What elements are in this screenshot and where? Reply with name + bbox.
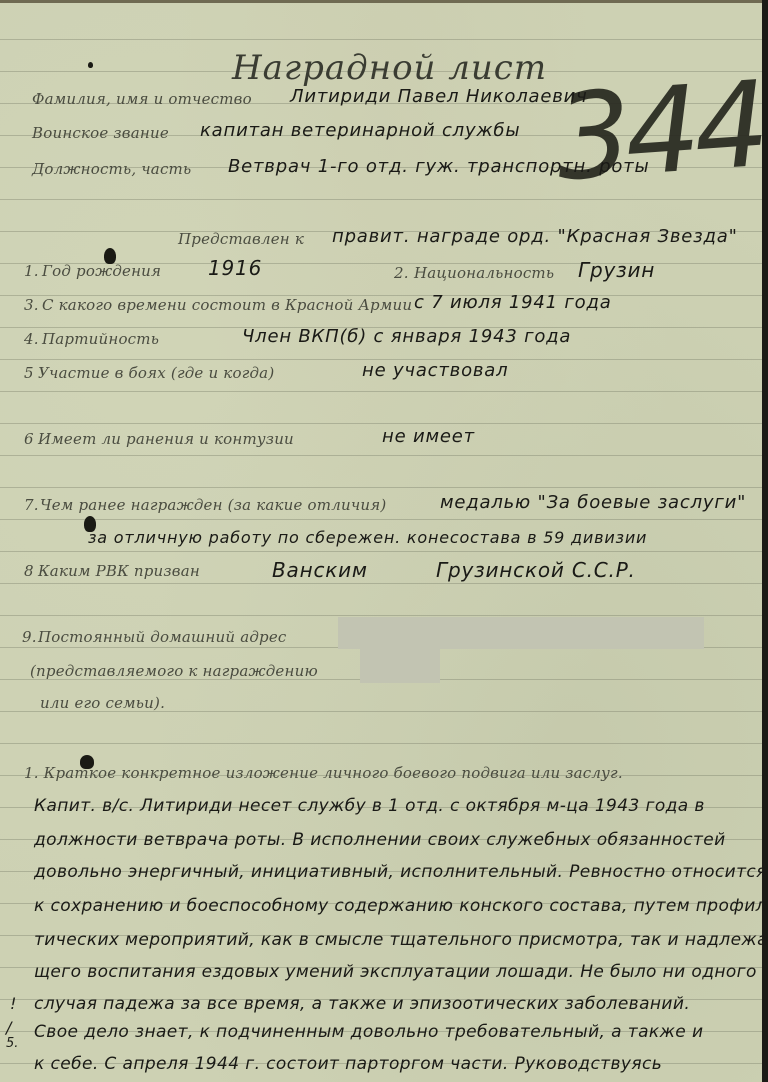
question-7-value: медалью "За боевые заслуги" xyxy=(440,492,746,513)
question-6-value: не имеет xyxy=(382,426,475,447)
question-9-label: Постоянный домашний адрес xyxy=(38,628,287,646)
summary-line: к сохранению и боеспособному содержанию … xyxy=(34,896,768,916)
question-8-value-2: Грузинской С.С.Р. xyxy=(436,558,636,582)
question-7-label: Чем ранее награжден (за какие отличия) xyxy=(40,496,386,514)
question-9-label-continued-1: (представляемого к награждению xyxy=(30,662,318,680)
summary-line: Капит. в/с. Литириди несет службу в 1 от… xyxy=(34,796,705,816)
summary-line: Свое дело знает, к подчиненным довольно … xyxy=(34,1022,703,1042)
field-value-position: Ветврач 1-го отд. гуж. транспортн. роты xyxy=(228,156,649,177)
margin-mark: ! xyxy=(10,994,16,1013)
question-3-number: 3. xyxy=(24,296,39,314)
field-value-full-name: Литириди Павел Николаевич xyxy=(290,86,588,107)
registry-number: 344 xyxy=(552,65,767,197)
question-1-value: 1916 xyxy=(208,256,262,280)
field-label-rank: Воинское звание xyxy=(32,124,169,142)
summary-heading: 1. Краткое конкретное изложение личного … xyxy=(24,764,623,782)
margin-mark: / xyxy=(6,1018,11,1037)
redacted-address-block xyxy=(360,649,440,683)
summary-line: довольно энергичный, инициативный, испол… xyxy=(34,862,767,882)
summary-line: должности ветврача роты. В исполнении св… xyxy=(34,830,726,850)
question-5-value: не участвовал xyxy=(362,360,508,381)
question-4-number: 4. xyxy=(24,330,39,348)
question-8-label: Каким РВК призван xyxy=(38,562,200,580)
question-7-number: 7. xyxy=(24,496,39,514)
summary-line: к себе. С апреля 1944 г. состоит парторг… xyxy=(34,1054,662,1074)
question-4-value: Член ВКП(б) с января 1943 года xyxy=(242,326,571,347)
question-4-label: Партийность xyxy=(42,330,159,348)
question-1-number: 1. xyxy=(24,262,39,280)
margin-mark: 5. xyxy=(6,1036,18,1051)
field-value-rank: капитан ветеринарной службы xyxy=(200,120,520,141)
question-2-number: 2. xyxy=(394,264,409,282)
question-6-number: 6 xyxy=(24,430,34,448)
document-title: Наградной лист xyxy=(232,48,547,88)
nomination-label: Представлен к xyxy=(178,230,304,248)
summary-line: случая падежа за все время, а также и эп… xyxy=(34,994,690,1014)
paper-hole xyxy=(88,62,93,68)
question-9-number: 9. xyxy=(22,628,37,646)
question-7-value-continued: за отличную работу по сбережен. конесост… xyxy=(88,528,647,547)
question-2-label: Национальность xyxy=(414,264,554,282)
question-5-number: 5 xyxy=(24,364,34,382)
redacted-address-block xyxy=(338,617,704,649)
question-3-value: с 7 июля 1941 года xyxy=(414,292,612,313)
question-5-label: Участие в боях (где и когда) xyxy=(38,364,274,382)
field-label-position: Должность, часть xyxy=(32,160,191,178)
summary-line: тических мероприятий, как в смысле тщате… xyxy=(34,930,768,950)
question-8-number: 8 xyxy=(24,562,34,580)
question-8-value: Ванским xyxy=(272,558,368,582)
scan-top-edge xyxy=(0,0,768,3)
question-6-label: Имеет ли ранения и контузии xyxy=(38,430,294,448)
nomination-value: правит. награде орд. "Красная Звезда" xyxy=(332,226,738,247)
question-2-value: Грузин xyxy=(578,258,655,282)
summary-line: щего воспитания ездовых умений эксплуата… xyxy=(34,962,757,982)
question-1-label: Год рождения xyxy=(42,262,161,280)
question-9-label-continued-2: или его семьи). xyxy=(40,694,165,712)
field-label-full-name: Фамилия, имя и отчество xyxy=(32,90,252,108)
question-3-label: С какого времени состоит в Красной Армии xyxy=(42,296,412,314)
award-sheet-document: Наградной лист 344 Фамилия, имя и отчест… xyxy=(0,0,768,1082)
